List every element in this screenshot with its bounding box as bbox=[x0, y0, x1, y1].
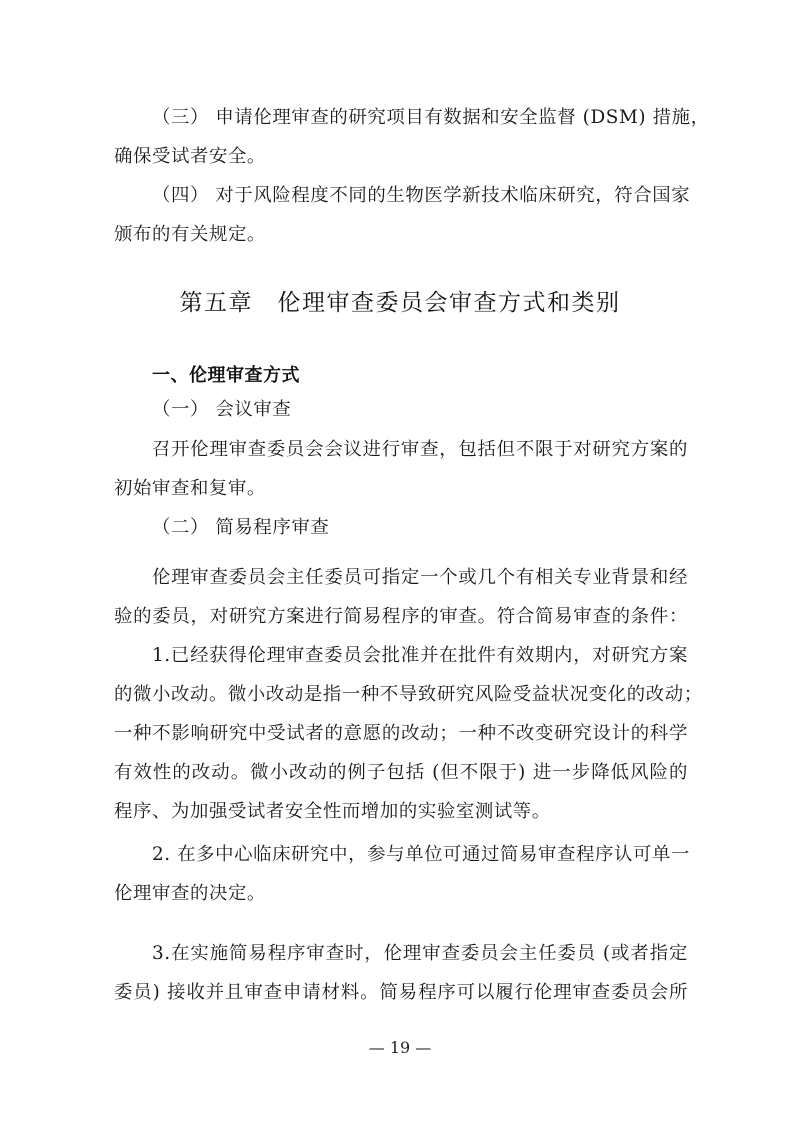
text-line: 委员) 接收并且审查申请材料。简易程序可以履行伦理审查委员会所 bbox=[114, 981, 688, 1005]
document-page: （三） 申请伦理审查的研究项目有数据和安全监督 (DSM) 措施，确保受试者安全… bbox=[0, 0, 800, 1131]
text-line: 伦理审查委员会主任委员可指定一个或几个有相关专业背景和经 bbox=[152, 566, 688, 590]
text-line: 一种不影响研究中受试者的意愿的改动；一种不改变研究设计的科学 bbox=[114, 722, 688, 746]
text-line: 确保受试者安全。 bbox=[114, 145, 688, 169]
text-line: 有效性的改动。微小改动的例子包括 (但不限于) 进一步降低风险的 bbox=[114, 761, 688, 785]
text-line: 1.已经获得伦理审查委员会批准并在批件有效期内，对研究方案 bbox=[152, 644, 688, 668]
text-line: 2. 在多中心临床研究中，参与单位可通过简易审查程序认可单一 bbox=[152, 843, 688, 867]
text-line: （一） 会议审查 bbox=[152, 398, 688, 422]
text-line: 3.在实施简易程序审查时，伦理审查委员会主任委员 (或者指定 bbox=[152, 942, 688, 966]
text-line: 验的委员，对研究方案进行简易程序的审查。符合简易审查的条件： bbox=[114, 605, 688, 629]
chapter-title: 第五章 伦理审查委员会审查方式和类别 bbox=[0, 288, 800, 318]
text-line: （二） 简易程序审查 bbox=[152, 516, 688, 540]
text-line: 颁布的有关规定。 bbox=[114, 223, 688, 247]
text-line: 程序、为加强受试者安全性而增加的实验室测试等。 bbox=[114, 800, 688, 824]
text-line: 初始审查和复审。 bbox=[114, 477, 688, 501]
text-line: （四） 对于风险程度不同的生物医学新技术临床研究，符合国家 bbox=[152, 184, 688, 208]
section-heading: 一、伦理审查方式 bbox=[152, 364, 300, 388]
text-line: （三） 申请伦理审查的研究项目有数据和安全监督 (DSM) 措施， bbox=[152, 106, 688, 130]
page-number: — 19 — bbox=[0, 1038, 800, 1058]
text-line: 伦理审查的决定。 bbox=[114, 882, 688, 906]
text-line: 的微小改动。微小改动是指一种不导致研究风险受益状况变化的改动； bbox=[114, 683, 688, 707]
text-line: 召开伦理审查委员会会议进行审查，包括但不限于对研究方案的 bbox=[152, 438, 688, 462]
